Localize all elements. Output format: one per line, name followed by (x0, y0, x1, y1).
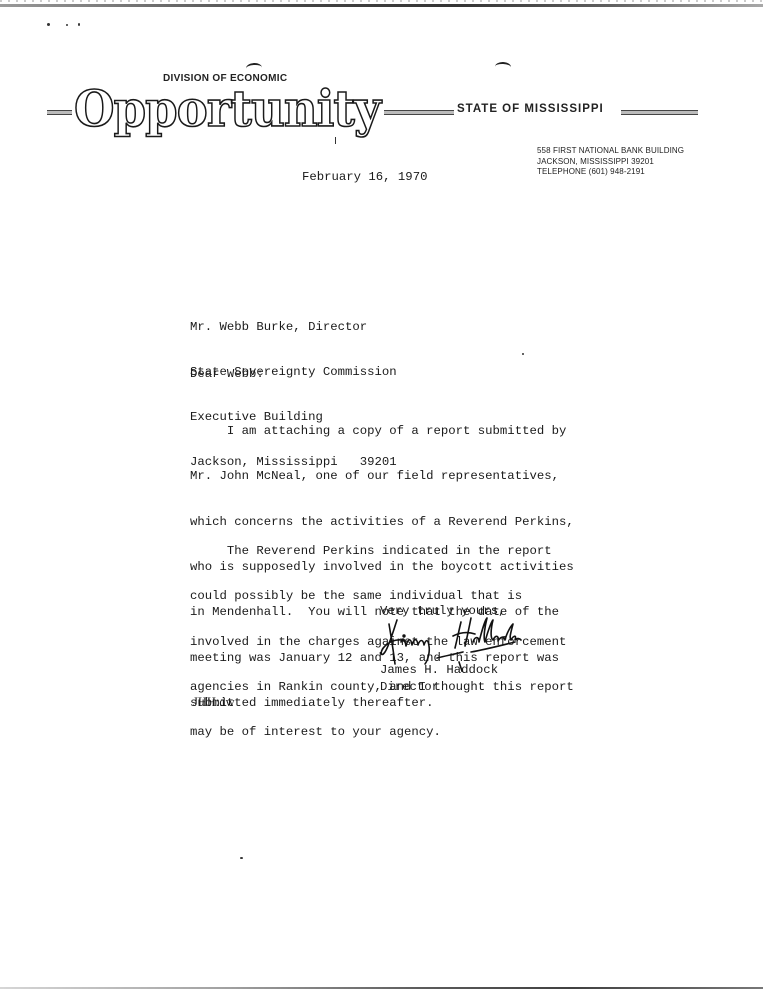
text-line: The Reverend Perkins indicated in the re… (190, 544, 574, 559)
telephone-line: TELEPHONE (601) 948-2191 (537, 167, 684, 178)
speck (522, 353, 524, 355)
address-line: JACKSON, MISSISSIPPI 39201 (537, 157, 684, 168)
signer-title: Director (380, 680, 439, 694)
speck (78, 23, 80, 26)
signer-name: James H. Haddock (380, 663, 498, 677)
letter-date: February 16, 1970 (302, 170, 427, 184)
scan-edge-dots (0, 0, 763, 2)
text-line: may be of interest to your agency. (190, 725, 574, 740)
speck (47, 23, 50, 26)
text-line: I am attaching a copy of a report submit… (190, 424, 574, 439)
reference-initials: JHH:dw (193, 695, 235, 710)
hole-punch-mark-right (495, 62, 511, 73)
address-line: 558 FIRST NATIONAL BANK BUILDING (537, 146, 684, 157)
speck (66, 24, 68, 26)
salutation: Dear Webb: (190, 367, 264, 381)
scan-edge-bottom (0, 987, 763, 989)
text-line: Mr. John McNeal, one of our field repres… (190, 469, 574, 484)
opportunity-logo: Opportunity (74, 79, 380, 139)
office-address: 558 FIRST NATIONAL BANK BUILDING JACKSON… (537, 146, 684, 178)
state-label: STATE OF MISSISSIPPI (457, 103, 604, 115)
letterhead-rule-left (47, 110, 72, 115)
speck (240, 857, 243, 859)
letterhead-rule-middle (384, 110, 454, 115)
text-line: could possibly be the same individual th… (190, 589, 574, 604)
recipient-line: Mr. Webb Burke, Director (190, 320, 397, 335)
scan-edge-top (0, 4, 763, 7)
letterhead-rule-right (621, 110, 698, 115)
hole-punch-mark-left (246, 62, 263, 73)
